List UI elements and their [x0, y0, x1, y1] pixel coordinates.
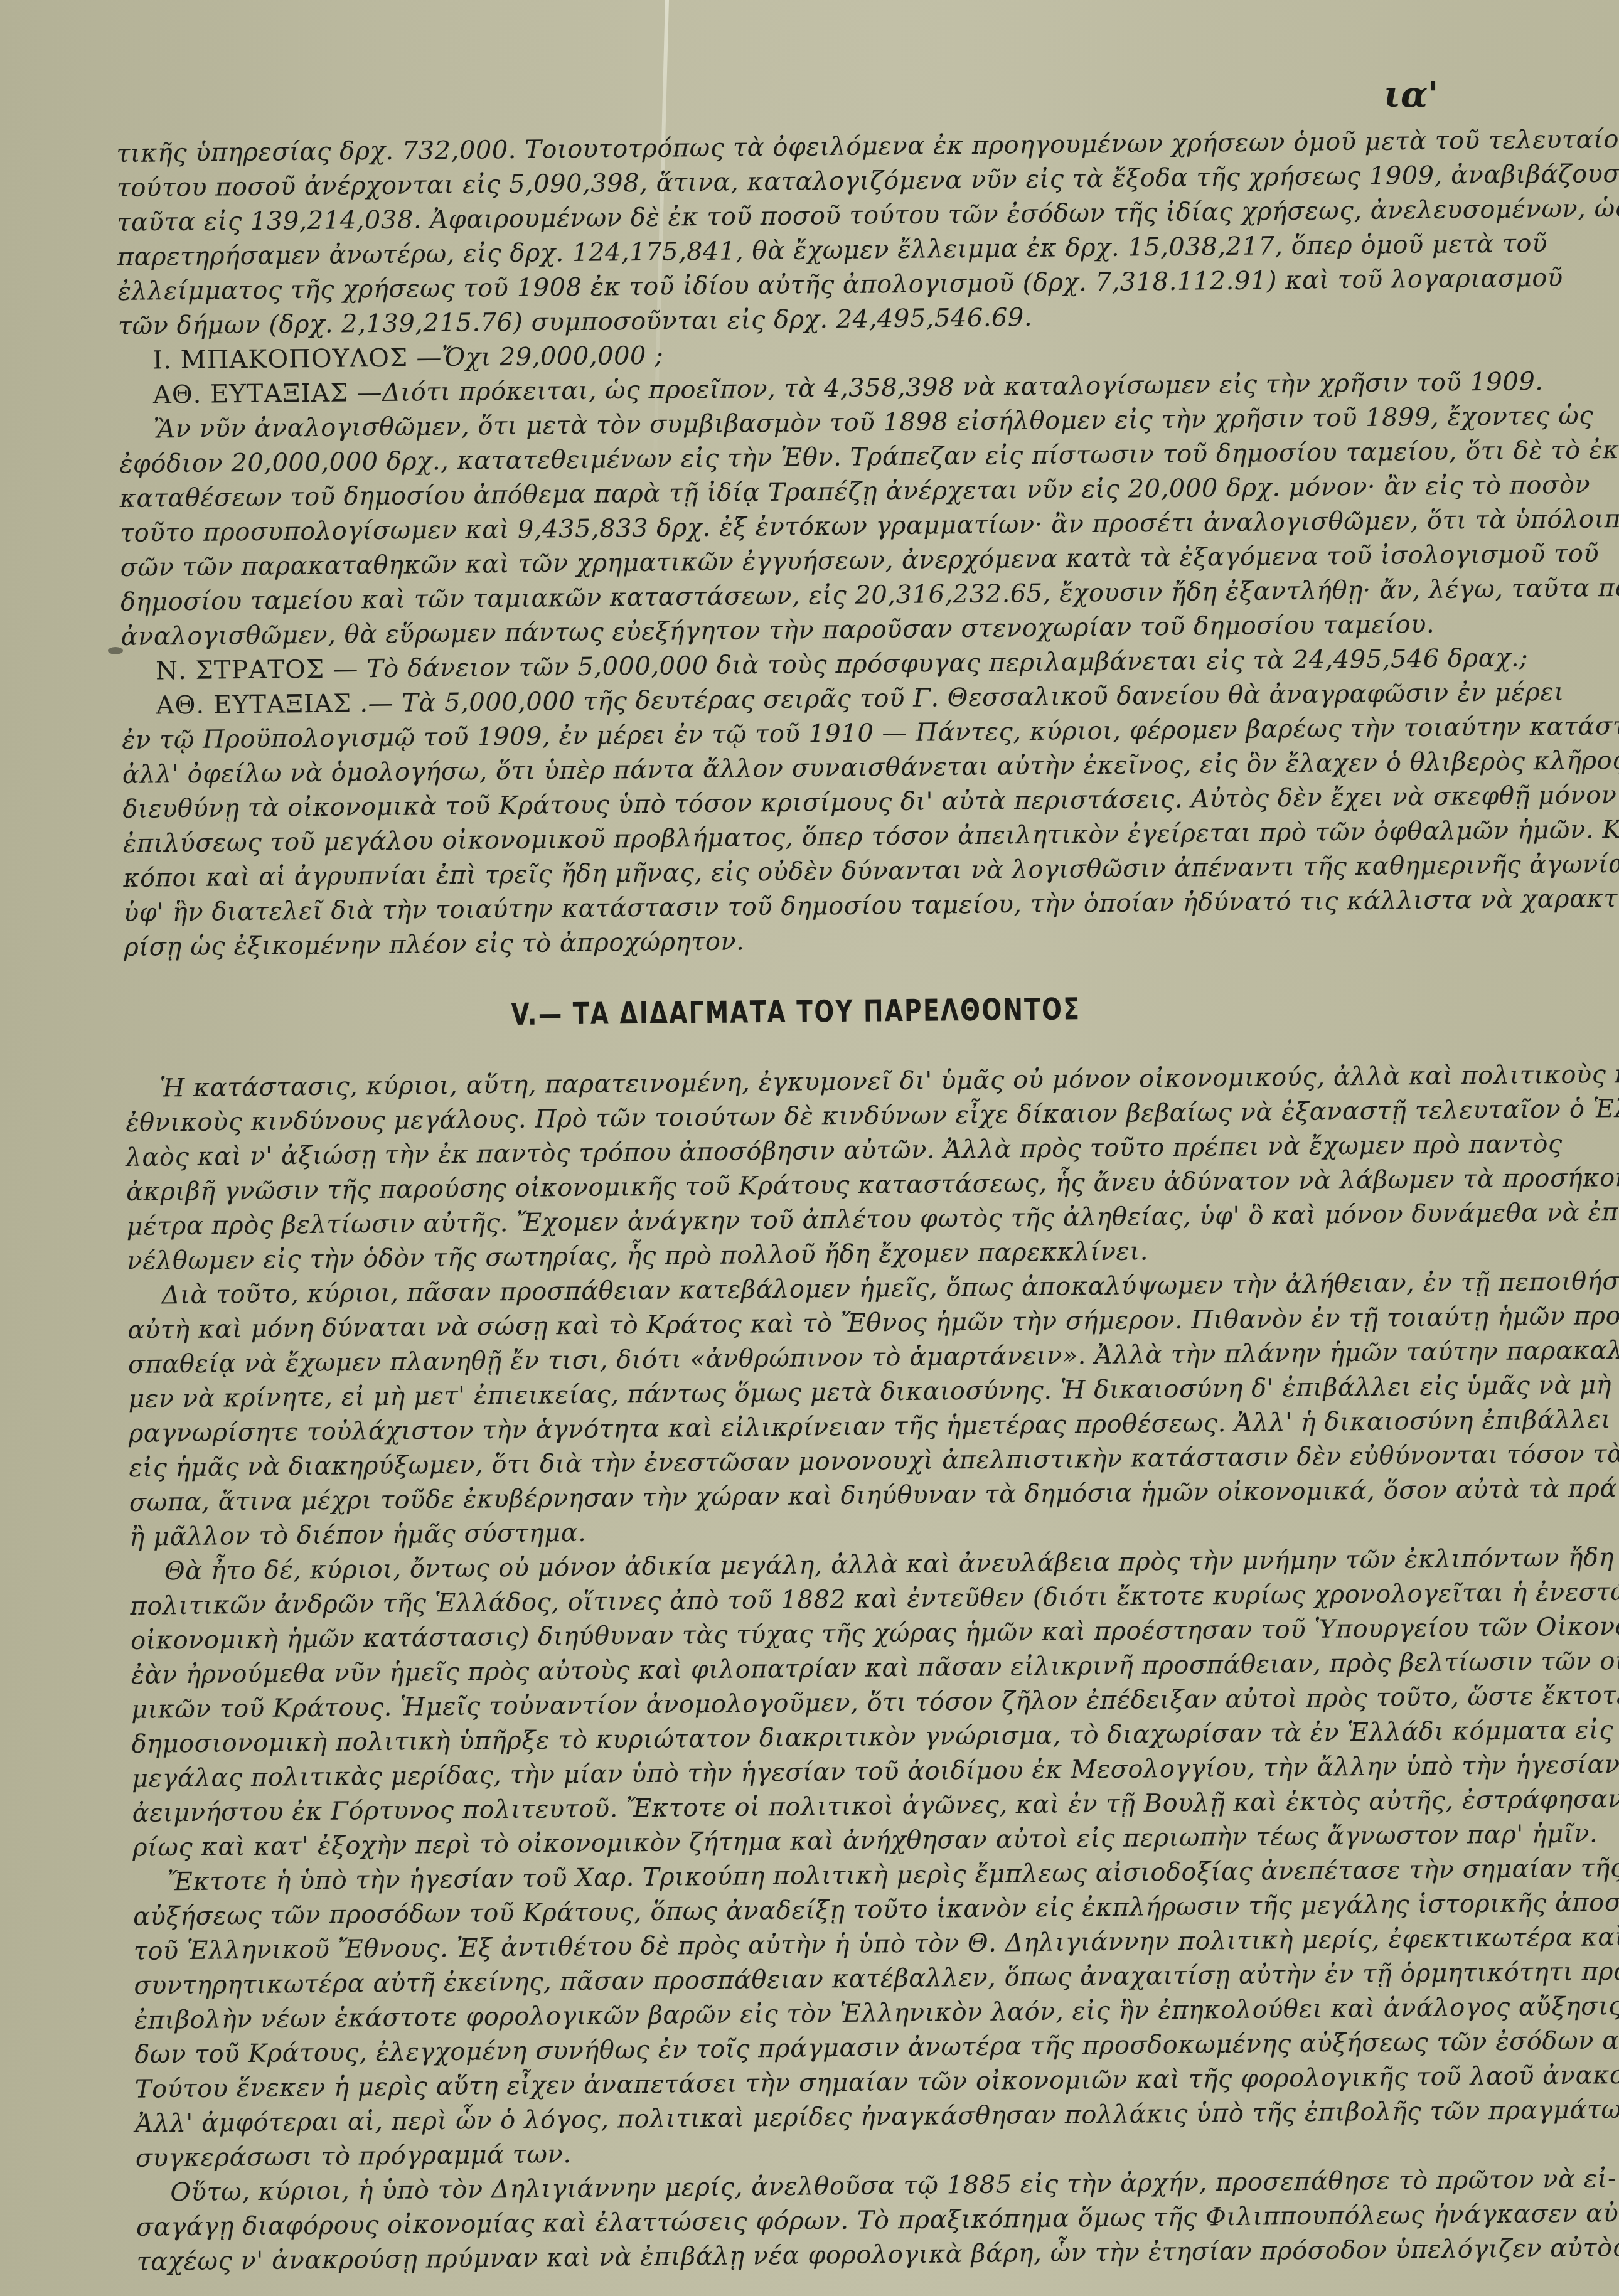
- section-paragraph: Διὰ τοῦτο, κύριοι, πᾶσαν προσπάθειαν κατ…: [127, 1266, 1472, 1555]
- dialogue-entry: ΑΘ. ΕΥΤΑΞΙΑΣ .— Τὰ 5,000,000 τῆς δευτέρα…: [121, 676, 1467, 965]
- document-body: τικῆς ὑπηρεσίας δρχ. 732,000. Τοιουτοτρό…: [116, 124, 1480, 2279]
- section-paragraph: Ἔκτοτε ἡ ὑπὸ τὴν ἡγεσίαν τοῦ Χαρ. Τρικού…: [132, 1852, 1478, 2176]
- section-paragraph: Οὕτω, κύριοι, ἡ ὑπὸ τὸν Δηλιγιάννην μερί…: [136, 2163, 1479, 2280]
- section-paragraph: Θὰ ἦτο δέ, κύριοι, ὄντως οὐ μόνον ἀδικία…: [130, 1542, 1476, 1866]
- page-number: ια': [1384, 74, 1438, 115]
- speaker-name: ΑΘ. ΕΥΤΑΞΙΑΣ: [153, 378, 349, 409]
- speaker-name: ΑΘ. ΕΥΤΑΞΙΑΣ: [156, 689, 351, 720]
- speaker-name: Ι. ΜΠΑΚΟΠΟΥΛΟΣ: [152, 344, 408, 375]
- speech-text: —Ὄχι 29,000,000 ;: [416, 341, 663, 373]
- speaker-name: Ν. ΣΤΡΑΤΟΣ: [156, 655, 324, 686]
- section-paragraph: Ἡ κατάστασις, κύριοι, αὕτη, παρατεινομέν…: [125, 1059, 1470, 1279]
- opening-paragraph: τικῆς ὑπηρεσίας δρχ. 732,000. Τοιουτοτρό…: [116, 124, 1461, 344]
- dialogue-entry: ΑΘ. ΕΥΤΑΞΙΑΣ —Διότι πρόκειται, ὡς προεῖπ…: [119, 365, 1464, 654]
- section-heading: V.— ΤΑ ΔΙΔΑΓΜΑΤΑ ΤΟΥ ΠΑΡΕΛΘΟΝΤΟΣ: [272, 969, 1320, 1055]
